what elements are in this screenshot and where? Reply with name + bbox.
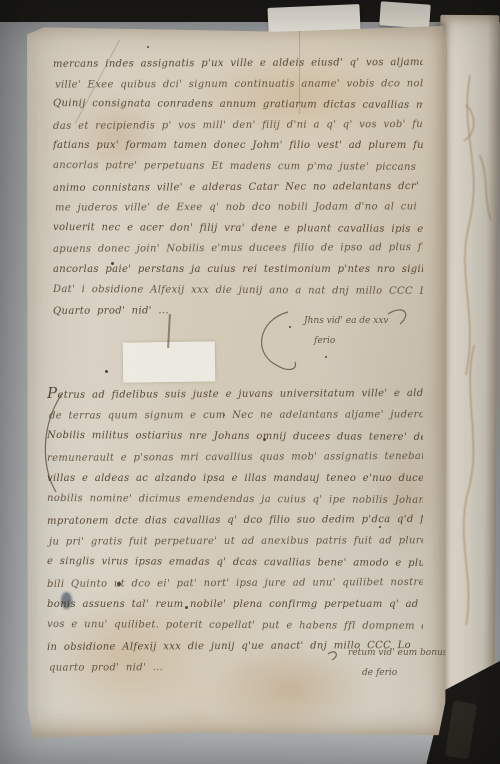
signature-line: retum vid' eum bonus <box>348 648 447 658</box>
manuscript-entry-2: Petrus ad fidelibus suis juste e juvans … <box>47 382 423 680</box>
manuscript-line: das et recipiendis p' vos mill' den' fil… <box>53 115 423 138</box>
manuscript-line: vos e unu' quilibet. poterit copellat' p… <box>47 614 423 637</box>
manuscript-line: mercans indes assignatis p'ux ville e al… <box>53 54 423 76</box>
manuscript-line: ju pri' gratis fuit perpetuare' ut ad an… <box>49 530 423 552</box>
manuscript-line: de terras quum signum e cum Nec ne adela… <box>49 404 423 426</box>
ink-speck <box>147 46 149 48</box>
paper-shred <box>379 1 431 28</box>
manuscript-line: villas e aldeas ac alzando ipsa e illas … <box>47 468 423 489</box>
ink-speck <box>105 370 108 373</box>
manuscript-page: mercans indes assignatis p'ux ville e al… <box>27 26 447 738</box>
manuscript-line: Quinij consignata conradens annum gratia… <box>53 94 423 117</box>
notary-signature-1: Jhns vid' ea de xxv ferio <box>248 300 418 378</box>
manuscript-line: me juderos ville' de Exee q' nob dco nob… <box>55 198 423 220</box>
manuscript-line: nobilis nomine' dicimus emendendas ja cu… <box>47 488 423 511</box>
manuscript-line: fatians pux' formam tamen donec Johm' fi… <box>53 136 423 157</box>
manuscript-photo: mercans indes assignatis p'ux ville e al… <box>0 0 500 764</box>
manuscript-line: bonis assuens tal' reum nobile' plena co… <box>47 594 423 615</box>
manuscript-line: Petrus ad fidelibus suis juste e juvans … <box>47 382 423 406</box>
manuscript-line: ancorlas paie' perstans ja cuius rei tes… <box>53 260 423 281</box>
manuscript-line: Nobilis militus ostiarius nre Johans omn… <box>47 425 423 448</box>
manuscript-line: remunerault e p'sonas mri cavallius quas… <box>47 446 423 469</box>
signature-line: de ferio <box>362 668 397 678</box>
manuscript-line: bili Quinto ut dco ei' pat' nort' ipsa j… <box>47 572 423 595</box>
manuscript-line: mpratonem dcte dias cavallias q' dco fil… <box>47 509 423 532</box>
signature-line: Jhns vid' ea de xxv <box>304 316 388 326</box>
manuscript-line: ancorlas patre' perpetuans Et madens cum… <box>53 156 423 179</box>
manuscript-line: e singlis virus ipsas emadas q' dcas cav… <box>47 551 423 574</box>
manuscript-line: ville' Exee quibus dci' signum continuat… <box>55 74 423 96</box>
manuscript-entry-1: mercans indes assignatis p'ux ville e al… <box>53 54 423 324</box>
paper-patch <box>123 341 216 382</box>
manuscript-line: voluerit nec e acer don' filij vra' dene… <box>53 218 423 241</box>
signature-line: ferio <box>314 336 335 346</box>
manuscript-line: apuens donec join' Nobilis e'mus ducees … <box>53 238 423 261</box>
manuscript-line: animo connistans ville' e alderas Catar … <box>53 177 423 200</box>
manuscript-line: Dat' i obsidione Alfexij xxx die junij a… <box>53 280 423 303</box>
